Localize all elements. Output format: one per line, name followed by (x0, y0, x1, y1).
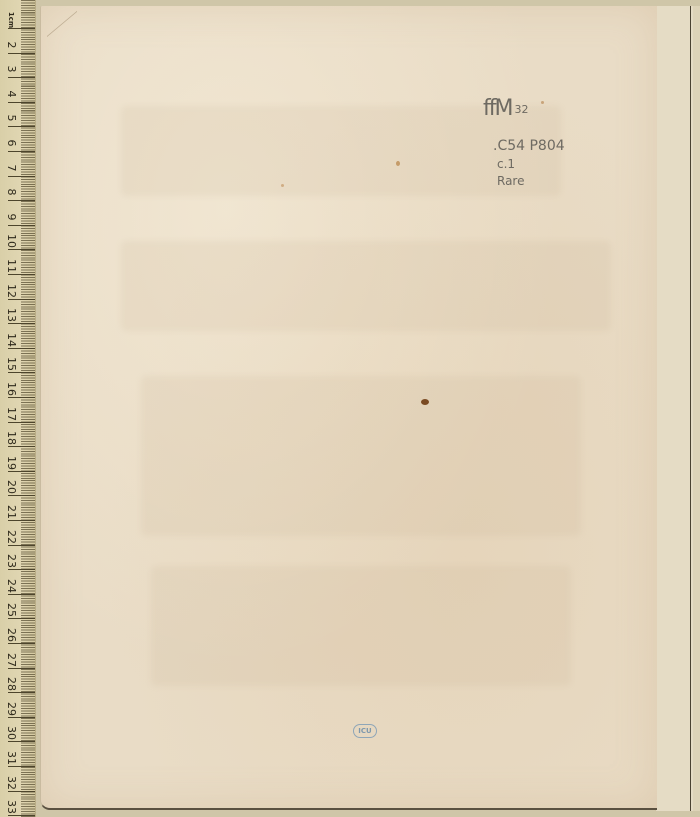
ruler-label: 25 (5, 600, 17, 620)
ruler-label: 18 (5, 428, 17, 448)
ruler-label: 33 (5, 797, 17, 817)
ruler-label: 23 (5, 551, 17, 571)
collection-label: Rare (497, 172, 524, 190)
call-number: .C54 P804 (493, 137, 565, 155)
ruler-label: 12 (5, 281, 17, 301)
bleed-through-text-block (121, 241, 611, 331)
ruler-label: 6 (5, 133, 17, 153)
ruler-label: 15 (5, 354, 17, 374)
shelfmark-number: 32 (514, 103, 528, 116)
foxing-spot (541, 101, 544, 104)
ruler-label: 2 (5, 35, 17, 55)
ruler-label: 17 (5, 404, 17, 424)
ruler-minor-ticks (21, 0, 35, 817)
bleed-through-text-block (151, 566, 571, 686)
ruler-label: 26 (5, 625, 17, 645)
ruler-label: 8 (5, 182, 17, 202)
ruler-label: 1cm (5, 10, 17, 30)
ruler-label: 14 (5, 330, 17, 350)
ruler-label: 27 (5, 650, 17, 670)
ruler-label: 5 (5, 108, 17, 128)
ruler-label: 30 (5, 723, 17, 743)
shelfmark-prefix: ffM (483, 96, 511, 121)
shelfmark-line: ffM32 (483, 100, 528, 121)
foxing-spot (396, 161, 400, 166)
bleed-through-text-block (141, 376, 581, 536)
ruler-label: 11 (5, 256, 17, 276)
ruler-label: 31 (5, 748, 17, 768)
ruler-label: 7 (5, 158, 17, 178)
back-cover-edge (655, 6, 695, 811)
ruler-label: 20 (5, 477, 17, 497)
ruler-label: 16 (5, 379, 17, 399)
measurement-ruler: 1cm2345678910111213141516171819202122232… (0, 0, 36, 817)
ruler-label: 9 (5, 207, 17, 227)
copy-number: c.1 (497, 155, 515, 173)
ruler-label: 29 (5, 699, 17, 719)
ruler-label: 13 (5, 305, 17, 325)
ruler-label: 10 (5, 231, 17, 251)
ruler-label: 21 (5, 502, 17, 522)
corner-fold (47, 0, 77, 37)
page-edge-strip (693, 6, 700, 811)
ruler-label: 22 (5, 527, 17, 547)
document-page (40, 6, 657, 810)
library-stamp: ICU (353, 724, 377, 738)
ruler-label: 24 (5, 576, 17, 596)
foxing-spot (281, 184, 284, 187)
ink-spot (421, 399, 429, 405)
ruler-label: 4 (5, 84, 17, 104)
ruler-label: 28 (5, 674, 17, 694)
ruler-label: 19 (5, 453, 17, 473)
ruler-label: 32 (5, 773, 17, 793)
ruler-label: 3 (5, 59, 17, 79)
binding-line (690, 6, 691, 811)
